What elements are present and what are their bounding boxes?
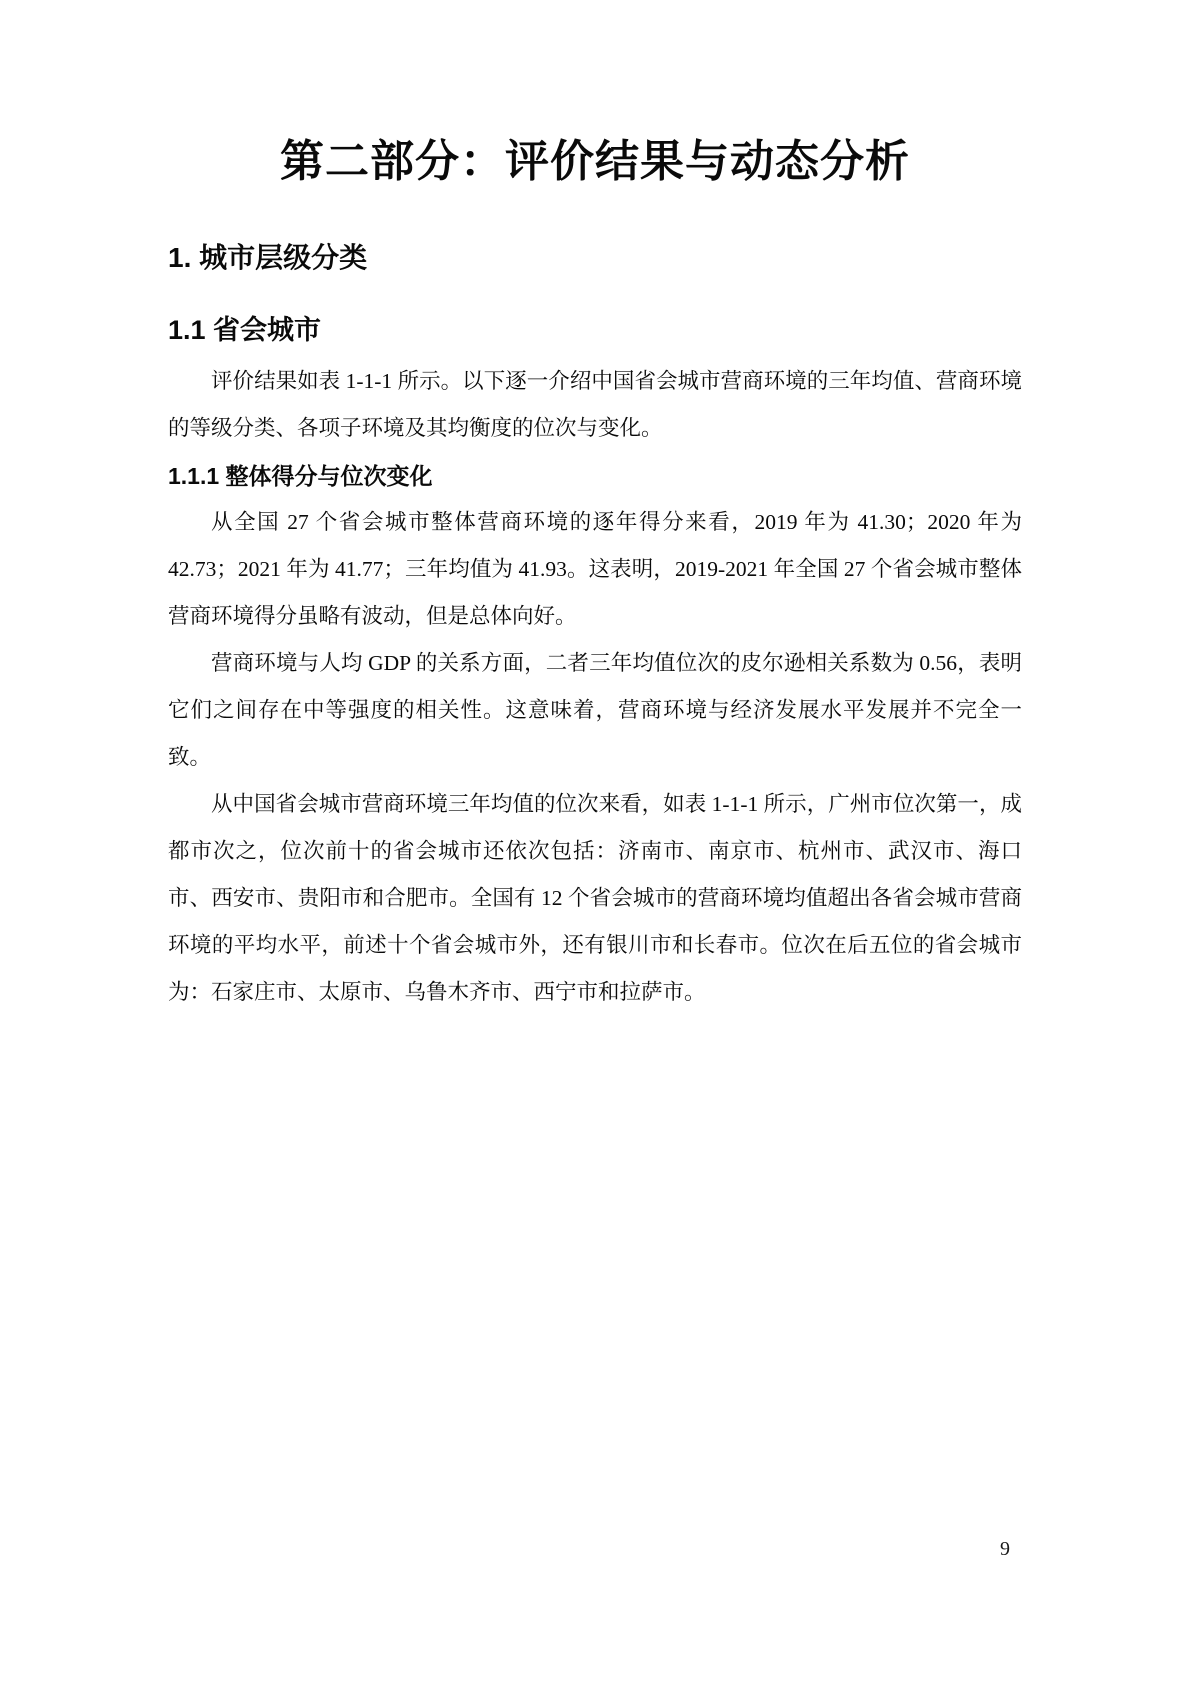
document-content: 第二部分：评价结果与动态分析 1. 城市层级分类 1.1 省会城市 评价结果如表… [0,0,1190,1016]
subsection-heading-capital-cities: 1.1 省会城市 [168,313,1022,348]
paragraph-gdp-correlation: 营商环境与人均 GDP 的关系方面，二者三年均值位次的皮尔逊相关系数为 0.56… [168,640,1022,781]
paragraph-intro: 评价结果如表 1-1-1 所示。以下逐一介绍中国省会城市营商环境的三年均值、营商… [168,358,1022,452]
subsubsection-heading-overall-score: 1.1.1 整体得分与位次变化 [168,460,1022,493]
page-number: 9 [1000,1538,1010,1561]
section-heading-city-tiers: 1. 城市层级分类 [168,240,1022,276]
part-title: 第二部分：评价结果与动态分析 [168,133,1022,190]
paragraph-city-rankings: 从中国省会城市营商环境三年均值的位次来看，如表 1-1-1 所示，广州市位次第一… [168,781,1022,1016]
paragraph-yearly-scores: 从全国 27 个省会城市整体营商环境的逐年得分来看，2019 年为 41.30；… [168,499,1022,640]
document-page: 第二部分：评价结果与动态分析 1. 城市层级分类 1.1 省会城市 评价结果如表… [0,0,1190,1684]
